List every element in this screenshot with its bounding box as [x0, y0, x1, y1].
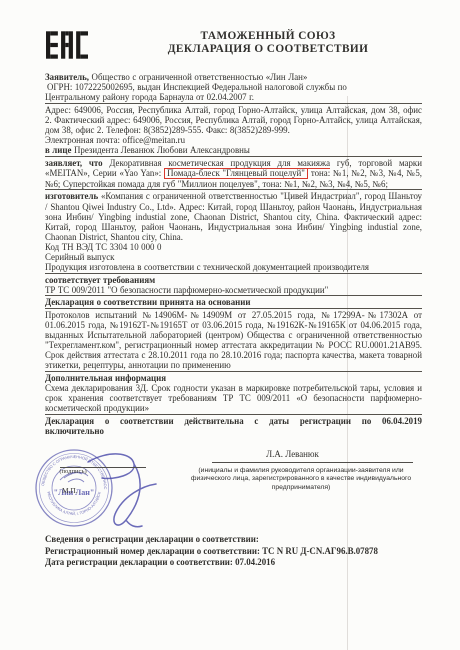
- person-line: в лице Президента Леванюк Любови Алексан…: [45, 145, 422, 157]
- registration-header: Сведения о регистрации декларации о соот…: [45, 534, 425, 546]
- additional-info-text: Схема декларирования 3Д. Срок годности у…: [45, 383, 422, 415]
- declares-text-1: Декоративная: [103, 158, 169, 168]
- ogrn-line: ОГРН: 1072225002695, выдан Инспекцией Фе…: [45, 82, 422, 92]
- signature-block: ОБЩЕСТВО С ОГРАНИЧЕННОЙ ОТВЕТСТВЕННОСТЬЮ…: [0, 442, 460, 542]
- regulation-line: ТР ТС 009/2011 "О безопасности парфюмерн…: [45, 285, 422, 297]
- manufacturer-text: «Компания с ограниченной ответственность…: [45, 191, 422, 241]
- basis-text: Протоколов испытаний №14906М-№14909М от …: [45, 310, 422, 372]
- compliance-header: соответствует требованиям: [45, 275, 422, 285]
- registration-date-value: 07.04.2016: [235, 557, 275, 567]
- made-per-docs-line: Продукция изготовлена в соответствии с т…: [45, 262, 422, 274]
- serial-line: Серийный выпуск: [45, 252, 422, 262]
- head-name-line: [212, 462, 413, 463]
- document-body: Заявитель, Общество с ограниченной ответ…: [45, 72, 422, 436]
- stamp-place-label: М.П.: [62, 486, 78, 495]
- title-line-1: ТАМОЖЕННЫЙ СОЮЗ: [76, 30, 460, 43]
- declares-label: заявляет, что: [45, 158, 103, 168]
- email-line: Электронная почта: office@meitan.ru: [45, 135, 422, 145]
- document-title: ТАМОЖЕННЫЙ СОЮЗ ДЕКЛАРАЦИЯ О СООТВЕТСТВИ…: [0, 30, 460, 56]
- tnved-line: Код ТН ВЭД ТС 3304 10 000 0: [45, 242, 422, 252]
- head-name-caption: (инициалы и фамилия руководителя организ…: [182, 467, 420, 492]
- registration-block: Сведения о регистрации декларации о соот…: [45, 534, 425, 569]
- signature-scribble: [88, 454, 156, 527]
- registration-number-value: ТС N RU Д-CN.АГ96.В.07878: [262, 546, 378, 556]
- ogrn-line-2: Центральному району города Барнаула от 0…: [45, 92, 422, 104]
- address-line: Адрес: 649006, Россия, Республика Алтай,…: [45, 105, 422, 135]
- applicant-label: Заявитель,: [45, 72, 89, 82]
- signature-caption: (подпись): [42, 468, 104, 475]
- declares-line: заявляет, что Декоративная косметическая…: [45, 158, 422, 191]
- registration-number-line: Регистрационный номер декларации о соотв…: [45, 546, 425, 558]
- registration-number-label: Регистрационный номер декларации о соотв…: [45, 546, 262, 556]
- registration-date-line: Дата регистрации декларации о соответств…: [45, 557, 425, 569]
- red-box-annotation: Помада-блеск "Глянцевый поцелуй": [164, 168, 308, 179]
- company-stamp: ОБЩЕСТВО С ОГРАНИЧЕННОЙ ОТВЕТСТВЕННОСТЬЮ…: [30, 442, 190, 542]
- applicant-name: Общество с ограниченной ответственностью…: [89, 72, 307, 82]
- registration-date-label: Дата регистрации декларации о соответств…: [45, 557, 235, 567]
- manufacturer-line: изготовитель «Компания с ограниченной от…: [45, 191, 422, 241]
- validity-line: Декларация о соответствии действительна …: [45, 416, 422, 436]
- person-name: Президента Леванюк Любови Александровны: [71, 145, 249, 155]
- head-name: Л.А. Леванюк: [175, 449, 410, 459]
- applicant-line: Заявитель, Общество с ограниченной ответ…: [45, 72, 422, 82]
- title-line-2: ДЕКЛАРАЦИЯ О СООТВЕТСТВИИ: [76, 43, 460, 56]
- basis-header: Декларация о соответствии принята на осн…: [45, 297, 422, 309]
- additional-info-header: Дополнительная информация: [45, 373, 422, 383]
- person-label: в лице: [45, 145, 71, 155]
- manufacturer-label: изготовитель: [45, 191, 98, 201]
- declaration-document: ТАМОЖЕННЫЙ СОЮЗ ДЕКЛАРАЦИЯ О СООТВЕТСТВИ…: [0, 0, 460, 650]
